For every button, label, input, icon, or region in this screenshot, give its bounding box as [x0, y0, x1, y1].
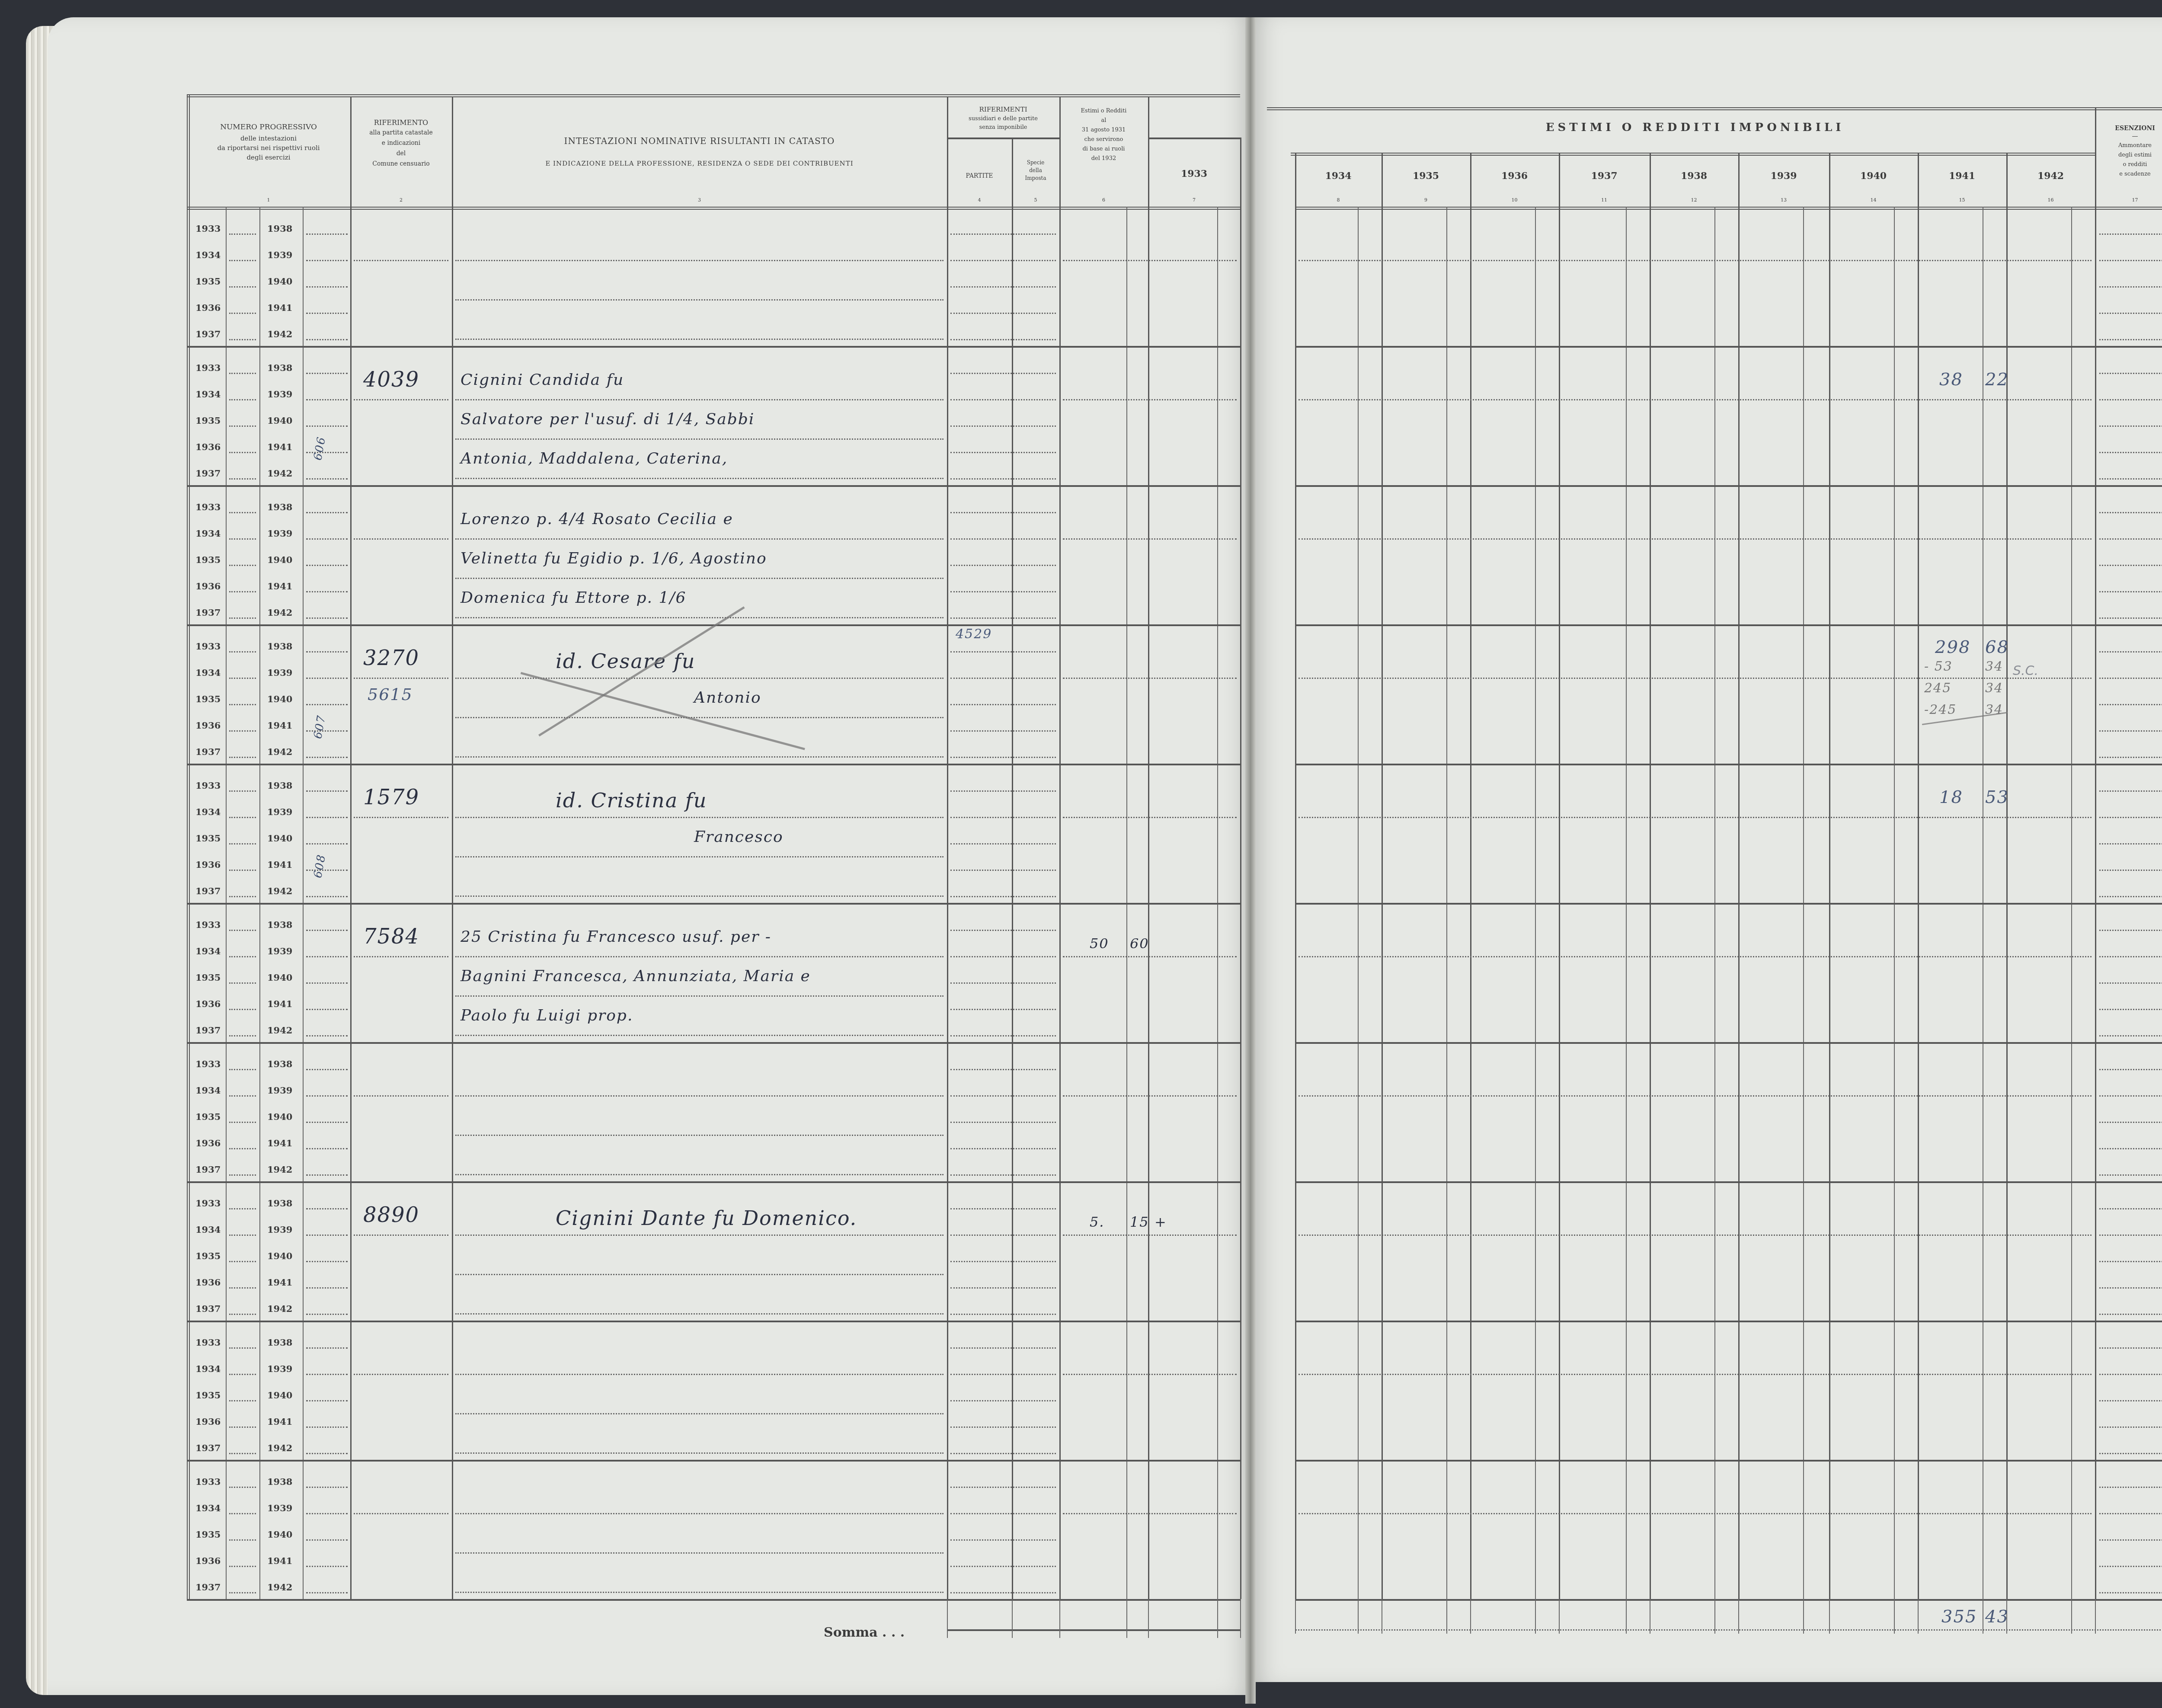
partite-reference: 4529: [956, 627, 992, 642]
partite-dotted-line: [950, 930, 1056, 931]
partite-dotted-line: [950, 425, 1056, 427]
year-dotted-line: [306, 1069, 348, 1070]
year-label-left: 1936: [195, 1138, 221, 1148]
year-dotted-line: [229, 730, 256, 732]
amount-dotted-line: [1298, 1374, 2092, 1375]
year-dotted-line: [306, 1148, 348, 1149]
entry-separator: [1295, 764, 2162, 765]
esenzioni-dotted-line: [2099, 704, 2162, 705]
year-label-left: 1936: [195, 302, 221, 313]
column-divider: [1650, 153, 1651, 1599]
year-dotted-line: [229, 1487, 256, 1488]
col7-number: 7: [1148, 197, 1240, 204]
year-column-header: 1935: [1382, 170, 1470, 183]
riferimenti-subtitle: sussidiari e delle partite: [947, 115, 1059, 123]
year-column-number: 13: [1738, 197, 1829, 204]
partite-dotted-line: [950, 339, 1056, 340]
amount-dotted-line: [1063, 1095, 1237, 1097]
year-label-left: 1936: [195, 859, 221, 870]
year-label-left: 1937: [195, 1025, 221, 1036]
col2-subtitle: Comune censuario: [350, 160, 452, 168]
partita-dotted-line: [354, 260, 448, 261]
year-label-left: 1936: [195, 998, 221, 1009]
col5-label: Imposta: [1012, 175, 1059, 182]
year-column-number: 12: [1650, 197, 1738, 204]
entry-separator: [187, 903, 1240, 905]
partite-dotted-line: [950, 373, 1056, 374]
year-dotted-line: [306, 1261, 348, 1262]
esenzioni-dotted-line: [2099, 1453, 2162, 1454]
partite-dotted-line: [950, 1208, 1056, 1209]
partite-dotted-line: [950, 399, 1056, 400]
somma-divider: [1803, 1599, 1804, 1634]
year-label-right: 1938: [267, 362, 292, 373]
somma-divider: [1446, 1599, 1447, 1634]
amount-dotted-line: [1298, 1513, 2092, 1514]
amount-1941-lire: -245: [1924, 702, 1957, 717]
year-label-right: 1939: [267, 946, 292, 956]
partite-dotted-line: [950, 286, 1056, 288]
right-page: [1252, 17, 2162, 1682]
year-dotted-line: [229, 1592, 256, 1593]
somma-divider: [1295, 1599, 1296, 1634]
year-dotted-line: [306, 1347, 348, 1349]
esenzioni-subtitle: o redditi: [2095, 161, 2162, 169]
esenzioni-dotted-line: [2099, 1261, 2162, 1262]
year-dotted-line: [306, 260, 348, 261]
name-dotted-line: [455, 1135, 943, 1136]
col1-subtitle: delle intestazioni: [187, 134, 350, 143]
col2-number: 2: [350, 197, 452, 204]
year-dotted-line: [306, 1539, 348, 1541]
esenzioni-dotted-line: [2099, 1235, 2162, 1236]
year-label-right: 1938: [267, 919, 292, 930]
year-label-right: 1940: [267, 554, 292, 565]
year-dotted-line: [229, 260, 256, 261]
year-dotted-line: [306, 538, 348, 540]
year-dotted-line: [229, 339, 256, 340]
year-label-right: 1942: [267, 607, 292, 618]
esenzioni-subtitle: Ammontare: [2095, 142, 2162, 150]
year-dotted-line: [306, 678, 348, 679]
esenzioni-dotted-line: [2099, 1592, 2162, 1593]
year-label-right: 1941: [267, 720, 292, 731]
year-label-right: 1942: [267, 886, 292, 896]
col3-subtitle: E INDICAZIONE DELLA PROFESSIONE, RESIDEN…: [452, 159, 947, 168]
column-divider: [1012, 138, 1013, 1599]
col2-subtitle: del: [350, 150, 452, 158]
year-dotted-line: [306, 956, 348, 957]
esenzioni-dotted-line: [2099, 1069, 2162, 1070]
somma-divider: [1240, 1599, 1241, 1638]
year-dotted-line: [229, 1261, 256, 1262]
partite-dotted-line: [950, 565, 1056, 566]
year-dotted-line: [229, 538, 256, 540]
partite-dotted-line: [950, 1287, 1056, 1289]
year-column-header: 1940: [1829, 170, 1918, 183]
name-dotted-line: [455, 260, 943, 261]
col6-label: del 1932: [1059, 155, 1148, 163]
year-dotted-line: [229, 591, 256, 592]
partite-dotted-line: [950, 1592, 1056, 1593]
name-dotted-line: [455, 1095, 943, 1097]
col6-label: di base ai ruoli: [1059, 145, 1148, 153]
owner-name-line: Velinetta fu Egidio p. 1/6, Agostino: [461, 550, 767, 567]
column-divider: [1918, 153, 1919, 1599]
year-dotted-line: [229, 1400, 256, 1401]
name-dotted-line: [455, 578, 943, 579]
year-label-right: 1941: [267, 1138, 292, 1148]
year-dotted-line: [229, 1539, 256, 1541]
esenzioni-dotted-line: [2099, 1035, 2162, 1036]
year-dotted-line: [306, 565, 348, 566]
column-divider: [947, 96, 948, 1599]
year-dotted-line: [306, 817, 348, 818]
year-label-left: 1934: [195, 667, 221, 678]
year-label-left: 1936: [195, 581, 221, 592]
year-dotted-line: [306, 617, 348, 619]
year-dotted-line: [306, 313, 348, 314]
total-1941-lire: 355: [1941, 1607, 1977, 1627]
name-dotted-line: [455, 1174, 943, 1175]
col5-label: Specie: [1012, 159, 1059, 166]
year-label-left: 1936: [195, 1277, 221, 1288]
somma-divider: [1535, 1599, 1536, 1634]
somma-divider: [1738, 1599, 1739, 1634]
year-label-right: 1939: [267, 667, 292, 678]
year-column-header: 1934: [1295, 170, 1382, 183]
somma-divider: [1983, 1599, 1983, 1634]
year-dotted-line: [229, 373, 256, 374]
entry-separator: [1295, 624, 2162, 626]
year-dotted-line: [306, 399, 348, 400]
partite-dotted-line: [950, 1347, 1056, 1349]
col5-label: della: [1012, 167, 1059, 174]
riferimenti-subtitle: senza imponibile: [947, 124, 1059, 131]
esenzioni-dotted-line: [2099, 730, 2162, 732]
partite-dotted-line: [950, 651, 1056, 652]
year-column-number: 16: [2006, 197, 2095, 204]
header-bottom-rule: [187, 207, 1240, 210]
esenzioni-title: ESENZIONI: [2095, 125, 2162, 133]
esenzioni-dotted-line: [2099, 373, 2162, 374]
partite-dotted-line: [950, 1148, 1056, 1149]
partite-dotted-line: [950, 1487, 1056, 1488]
name-dotted-line: [455, 339, 943, 340]
year-column-header: 1939: [1738, 170, 1829, 183]
name-dotted-line: [455, 956, 943, 957]
amount-dotted-line: [1063, 260, 1237, 261]
name-dotted-line: [455, 299, 943, 301]
header-bottom-rule-right: [1295, 207, 2162, 210]
col2-subtitle: alla partita catastale: [350, 129, 452, 137]
column-divider: [1829, 153, 1830, 1599]
column-divider: [1559, 153, 1560, 1599]
name-dotted-line: [455, 1452, 943, 1454]
year-dotted-line: [306, 896, 348, 897]
year-label-right: 1941: [267, 1277, 292, 1288]
year-label-right: 1939: [267, 1085, 292, 1096]
col4-label: PARTITE: [947, 172, 1012, 180]
total-1941-cent: 43: [1985, 1607, 2009, 1627]
year-dotted-line: [306, 1453, 348, 1454]
partita-dotted-line: [354, 1513, 448, 1514]
owner-name-line: Lorenzo p. 4/4 Rosato Cecilia e: [461, 510, 733, 528]
year-label-right: 1940: [267, 1529, 292, 1540]
esenzioni-dotted-line: [2099, 1148, 2162, 1149]
year-dotted-line: [306, 843, 348, 844]
name-dotted-line: [455, 1513, 943, 1514]
partita-dotted-line: [354, 678, 448, 679]
partite-dotted-line: [950, 730, 1056, 732]
amount-dotted-line: [1298, 260, 2092, 261]
owner-name-line: Paolo fu Luigi prop.: [461, 1007, 633, 1024]
somma-rule-right: [1295, 1629, 2162, 1631]
esenzioni-dotted-line: [2099, 1174, 2162, 1176]
year-label-left: 1934: [195, 1503, 221, 1513]
partite-dotted-line: [950, 1009, 1056, 1010]
somma-divider: [1650, 1599, 1650, 1634]
partite-dotted-line: [950, 1035, 1056, 1036]
amount-dotted-line: [1063, 1374, 1237, 1375]
year-dotted-line: [229, 1566, 256, 1567]
year-column-number: 14: [1829, 197, 1918, 204]
year-dotted-line: [306, 1314, 348, 1315]
name-dotted-line: [455, 1235, 943, 1236]
riferimenti-title: RIFERIMENTI: [947, 105, 1059, 114]
name-dotted-line: [455, 1552, 943, 1554]
esenzioni-subtitle: e scadenze: [2095, 170, 2162, 178]
owner-name-line: 25 Cristina fu Francesco usuf. per -: [461, 928, 771, 946]
name-dotted-line: [455, 1413, 943, 1414]
year-label-left: 1935: [195, 1251, 221, 1261]
year-dotted-line: [229, 425, 256, 427]
year-label-right: 1942: [267, 1443, 292, 1453]
year-dotted-line: [306, 1400, 348, 1401]
year-dotted-line: [229, 870, 256, 871]
entry-separator: [187, 764, 1240, 765]
amount-dotted-line: [1298, 399, 2092, 400]
name-dotted-line: [455, 1374, 943, 1375]
year-column-number: 9: [1382, 197, 1470, 204]
esenzioni-dotted-line: [2099, 617, 2162, 619]
partita-number: 4039: [363, 368, 419, 392]
year-label-right: 1941: [267, 441, 292, 452]
name-dotted-line: [455, 856, 943, 857]
year-dotted-line: [229, 1287, 256, 1289]
esenzioni-dotted-line: [2099, 1314, 2162, 1315]
year-label-left: 1935: [195, 694, 221, 704]
year-label-left: 1935: [195, 972, 221, 983]
year-dotted-line: [229, 817, 256, 818]
year-label-left: 1935: [195, 1390, 221, 1401]
somma-divider: [1714, 1599, 1715, 1634]
year-label-left: 1937: [195, 468, 221, 479]
esenzioni-dotted-line: [2099, 1374, 2162, 1375]
year-label-left: 1933: [195, 1476, 221, 1487]
entry-separator: [1295, 1042, 2162, 1044]
name-dotted-line: [455, 1274, 943, 1275]
estimo-1931-lire: 50: [1090, 935, 1109, 952]
somma-divider: [1358, 1599, 1359, 1634]
esenzioni-dotted-line: [2099, 260, 2162, 261]
name-dotted-line: [455, 896, 943, 897]
year-dotted-line: [229, 1122, 256, 1123]
esenzioni-dotted-line: [2099, 565, 2162, 566]
esenzioni-dotted-line: [2099, 982, 2162, 984]
esenzioni-dotted-line: [2099, 651, 2162, 652]
esenzioni-dotted-line: [2099, 1122, 2162, 1123]
year-label-right: 1942: [267, 1303, 292, 1314]
year-label-left: 1935: [195, 1529, 221, 1540]
esenzioni-dotted-line: [2099, 790, 2162, 792]
year-label-right: 1941: [267, 859, 292, 870]
partite-dotted-line: [950, 870, 1056, 871]
year-dotted-line: [229, 1095, 256, 1097]
year-label-right: 1940: [267, 276, 292, 287]
somma-divider: [1918, 1599, 1919, 1634]
amount-dotted-line: [1063, 1235, 1237, 1236]
year-label-right: 1938: [267, 1337, 292, 1348]
year-label-left: 1933: [195, 1059, 221, 1069]
partite-dotted-line: [950, 1539, 1056, 1541]
year-label-left: 1936: [195, 441, 221, 452]
year-label-left: 1937: [195, 886, 221, 896]
year-dotted-line: [229, 1453, 256, 1454]
column-divider: [350, 96, 352, 1599]
year-label-left: 1933: [195, 1337, 221, 1348]
partita-dotted-line: [354, 1374, 448, 1375]
somma-divider: [1470, 1599, 1471, 1634]
year-dotted-line: [306, 982, 348, 984]
year-label-left: 1935: [195, 1111, 221, 1122]
amount-1941-lire: 245: [1924, 681, 1951, 696]
year-label-right: 1939: [267, 1503, 292, 1513]
esenzioni-dotted-line: [2099, 339, 2162, 340]
year-column-header: 1942: [2006, 170, 2095, 183]
estimo-1931-lire: 5.: [1090, 1214, 1105, 1230]
partite-dotted-line: [950, 591, 1056, 592]
year-dotted-line: [306, 233, 348, 235]
entry-separator: [1295, 1599, 2162, 1601]
col1-number: 1: [187, 197, 350, 204]
amount-1941-lire: 18: [1939, 787, 1963, 807]
partita-dotted-line: [354, 399, 448, 400]
somma-divider: [947, 1599, 948, 1638]
col5-number: 5: [1012, 197, 1059, 204]
year-dotted-line: [306, 790, 348, 792]
somma-divider: [2095, 1599, 2096, 1634]
owner-name-line: Salvatore per l'usuf. di 1/4, Sabbi: [461, 410, 755, 428]
partite-dotted-line: [950, 1261, 1056, 1262]
partita-dotted-line: [354, 1235, 448, 1236]
partite-dotted-line: [950, 1427, 1056, 1428]
column-divider: [1738, 153, 1740, 1599]
somma-divider: [1217, 1599, 1218, 1638]
esenzioni-dotted-line: [2099, 233, 2162, 235]
year-label-right: 1939: [267, 528, 292, 539]
year-dotted-line: [229, 478, 256, 480]
amount-1941-lire: - 53: [1924, 659, 1953, 674]
year-label-left: 1936: [195, 1555, 221, 1566]
year-dotted-line: [229, 678, 256, 679]
entry-separator: [187, 1181, 1240, 1183]
year-label-right: 1940: [267, 972, 292, 983]
year-label-left: 1936: [195, 720, 221, 731]
year-label-left: 1934: [195, 249, 221, 260]
year-column-number: 11: [1559, 197, 1650, 204]
entry-separator: [187, 1042, 1240, 1044]
estimi-group-title: ESTIMI O REDDITI IMPONIBILI: [1295, 120, 2095, 135]
partite-dotted-line: [950, 1566, 1056, 1567]
year-label-right: 1940: [267, 1390, 292, 1401]
partite-dotted-line: [950, 617, 1056, 619]
name-dotted-line: [455, 817, 943, 818]
partita-dotted-line: [354, 538, 448, 540]
amount-dotted-line: [1063, 678, 1237, 679]
year-dotted-line: [306, 1374, 348, 1375]
amount-dotted-line: [1298, 1235, 2092, 1236]
year-dotted-line: [306, 425, 348, 427]
left-border: [187, 94, 190, 1599]
year-dotted-line: [306, 286, 348, 288]
partite-dotted-line: [950, 512, 1056, 513]
esenzioni-subtitle: degli estimi: [2095, 151, 2162, 159]
amount-1941-lire: 38: [1939, 370, 1963, 390]
year-dotted-line: [229, 1009, 256, 1010]
col6-label: che servirono: [1059, 136, 1148, 144]
entry-separator: [1295, 346, 2162, 348]
year-label-left: 1937: [195, 607, 221, 618]
year-label-right: 1941: [267, 581, 292, 592]
partita-number: 7584: [363, 924, 419, 949]
esenzioni-dotted-line: [2099, 538, 2162, 540]
year-label-right: 1939: [267, 389, 292, 400]
year-label-right: 1938: [267, 641, 292, 652]
partite-dotted-line: [950, 1453, 1056, 1454]
year-dotted-line: [229, 1513, 256, 1514]
year-label-right: 1942: [267, 468, 292, 479]
column-divider: [2095, 107, 2096, 1599]
col3-number: 3: [452, 197, 947, 204]
partita-dotted-line: [354, 1095, 448, 1097]
year-column-number: 8: [1295, 197, 1382, 204]
esenzioni-dotted-line: [2099, 870, 2162, 871]
year-dotted-line: [306, 1487, 348, 1488]
column-divider: [1470, 153, 1471, 1599]
name-dotted-line: [455, 617, 943, 618]
year-dotted-line: [306, 757, 348, 758]
col2-subtitle: e indicazioni: [350, 139, 452, 147]
somma-divider: [1126, 1599, 1127, 1638]
partite-dotted-line: [950, 817, 1056, 818]
esenzioni-number: 17: [2095, 197, 2162, 204]
col3-title: INTESTAZIONI NOMINATIVE RISULTANTI IN CA…: [452, 135, 947, 147]
year-dotted-line: [306, 1208, 348, 1209]
year-dotted-line: [229, 1314, 256, 1315]
somma-divider: [1894, 1599, 1895, 1634]
year-dotted-line: [229, 1235, 256, 1236]
somma-divider: [1148, 1599, 1149, 1638]
year-label-left: 1935: [195, 415, 221, 426]
year-dotted-line: [229, 956, 256, 957]
col6-label: Estimi o Redditi: [1059, 107, 1148, 115]
year-label-left: 1934: [195, 1363, 221, 1374]
partite-dotted-line: [950, 956, 1056, 957]
owner-name-line: id. Cesare fu: [556, 649, 695, 673]
name-dotted-line: [455, 399, 943, 400]
year-column-header: 1941: [1918, 170, 2006, 183]
